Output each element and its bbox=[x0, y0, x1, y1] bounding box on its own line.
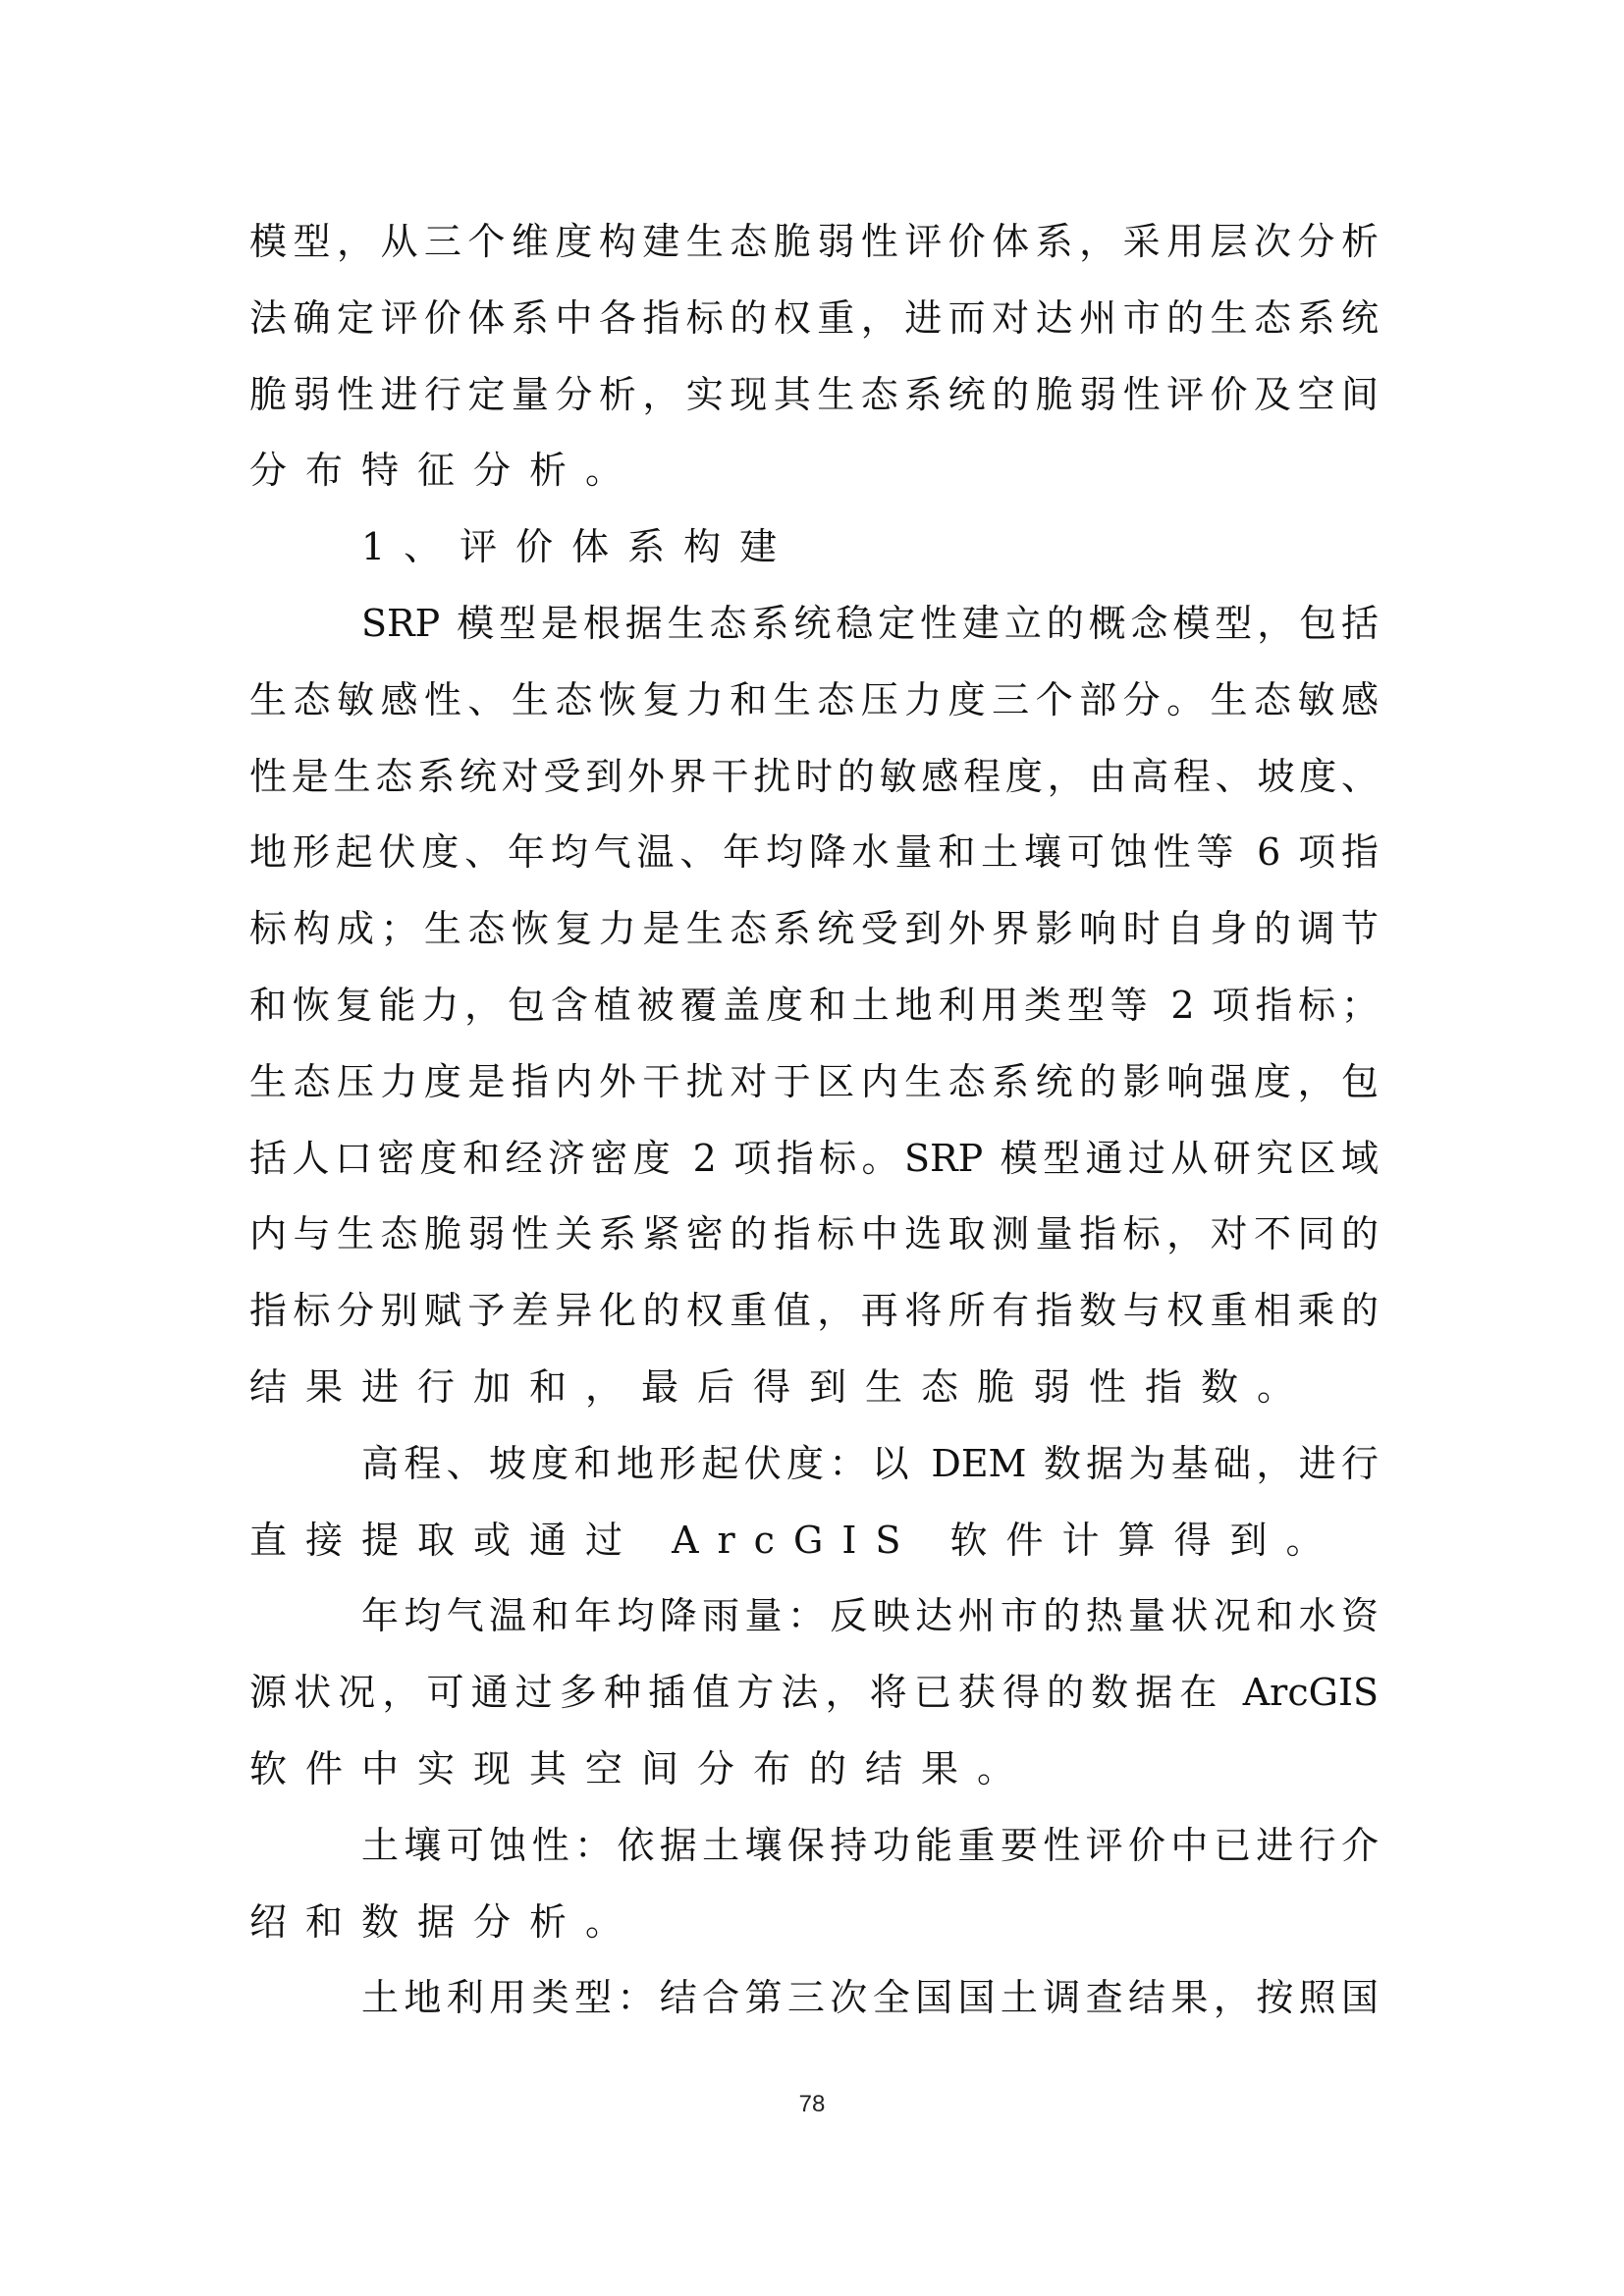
text-line: 软件中实现其空间分布的结果。 bbox=[249, 1732, 1379, 1808]
page-number: 78 bbox=[0, 2091, 1624, 2118]
text-line: 括人口密度和经济密度 2 项指标。SRP 模型通过从研究区域 bbox=[249, 1121, 1379, 1198]
text-line: 性是生态系统对受到外界干扰时的敏感程度，由高程、坡度、 bbox=[249, 739, 1379, 816]
text-line: 内与生态脆弱性关系紧密的指标中选取测量指标，对不同的 bbox=[249, 1197, 1379, 1273]
text-line: 法确定评价体系中各指标的权重，进而对达州市的生态系统 bbox=[249, 281, 1379, 357]
text-line: 土地利用类型：结合第三次全国国土调查结果，按照国 bbox=[249, 1960, 1379, 2037]
text-line: 直接提取或通过 ArcGIS 软件计算得到。 bbox=[249, 1503, 1379, 1579]
text-line: 脆弱性进行定量分析，实现其生态系统的脆弱性评价及空间 bbox=[249, 357, 1379, 434]
document-page: 模型，从三个维度构建生态脆弱性评价体系，采用层次分析 法确定评价体系中各指标的权… bbox=[0, 0, 1624, 2296]
text-line: 年均气温和年均降雨量：反映达州市的热量状况和水资 bbox=[249, 1578, 1379, 1655]
text-line: 高程、坡度和地形起伏度：以 DEM 数据为基础，进行 bbox=[249, 1426, 1379, 1503]
text-line: 地形起伏度、年均气温、年均降水量和土壤可蚀性等 6 项指 bbox=[249, 815, 1379, 891]
text-line: 模型，从三个维度构建生态脆弱性评价体系，采用层次分析 bbox=[249, 204, 1379, 281]
text-line: 源状况，可通过多种插值方法，将已获得的数据在 ArcGIS bbox=[249, 1655, 1379, 1732]
text-line: 土壤可蚀性：依据土壤保持功能重要性评价中已进行介 bbox=[249, 1808, 1379, 1885]
section-heading: 1、评价体系构建 bbox=[249, 509, 1379, 586]
text-line: 指标分别赋予差异化的权重值，再将所有指数与权重相乘的 bbox=[249, 1273, 1379, 1350]
text-line: 绍和数据分析。 bbox=[249, 1885, 1379, 1961]
text-line: SRP 模型是根据生态系统稳定性建立的概念模型，包括 bbox=[249, 586, 1379, 663]
text-line: 和恢复能力，包含植被覆盖度和土地利用类型等 2 项指标； bbox=[249, 968, 1379, 1044]
text-line: 生态压力度是指内外干扰对于区内生态系统的影响强度，包 bbox=[249, 1044, 1379, 1121]
body-text: 模型，从三个维度构建生态脆弱性评价体系，采用层次分析 法确定评价体系中各指标的权… bbox=[249, 204, 1379, 2037]
text-line: 标构成；生态恢复力是生态系统受到外界影响时自身的调节 bbox=[249, 891, 1379, 968]
text-line: 生态敏感性、生态恢复力和生态压力度三个部分。生态敏感 bbox=[249, 663, 1379, 739]
text-line: 结果进行加和，最后得到生态脆弱性指数。 bbox=[249, 1350, 1379, 1426]
text-line: 分布特征分析。 bbox=[249, 433, 1379, 509]
